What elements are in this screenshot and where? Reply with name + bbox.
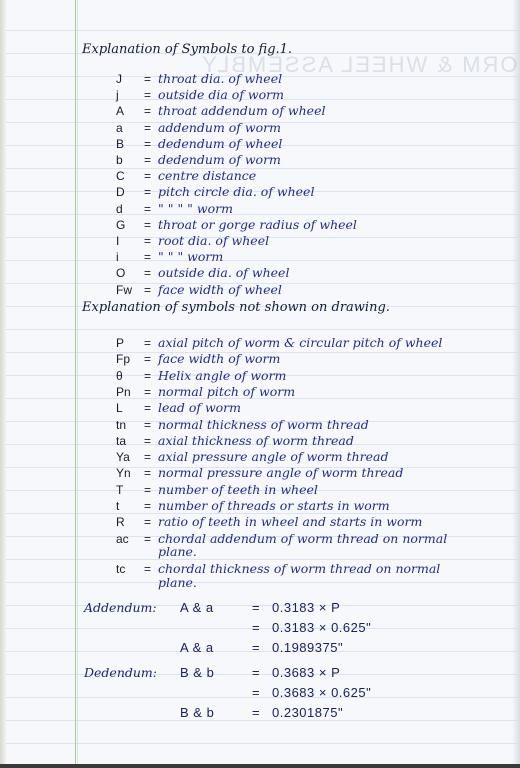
calc-equals: =	[252, 685, 260, 700]
calc-rhs: 0.3683 × P	[272, 665, 340, 680]
symbol-meaning-continuation: plane.	[158, 572, 197, 591]
calc-equals: =	[252, 705, 260, 720]
page-left-edge	[0, 0, 6, 768]
calc-equals: =	[252, 620, 260, 635]
calc-rhs: 0.3683 × 0.625"	[272, 685, 371, 700]
calc-equals: =	[252, 665, 260, 680]
dedendum-label: Dedendum:	[84, 665, 157, 680]
calc-equals: =	[252, 600, 260, 615]
calc-equals: =	[252, 640, 260, 655]
calc-lhs: B & b	[180, 665, 214, 680]
equals-sign: =	[144, 283, 158, 297]
margin-line-shadow	[77, 0, 78, 768]
symbol-meaning: chordal addendum of worm thread on norma…	[158, 531, 447, 546]
equals-sign: =	[144, 562, 158, 576]
calc-lhs: A & a	[180, 640, 214, 655]
equals-sign: =	[144, 532, 158, 546]
symbol-meaning: face width of wheel	[158, 282, 282, 297]
section2-heading: Explanation of symbols not shown on draw…	[82, 300, 390, 315]
page-bottom-edge	[0, 764, 520, 768]
calc-rhs: 0.3183 × 0.625"	[272, 620, 371, 635]
calc-rhs: 0.3183 × P	[272, 600, 340, 615]
calc-lhs: B & b	[180, 705, 214, 720]
calc-rhs: 0.1989375"	[272, 640, 343, 655]
symbol: ac	[116, 532, 144, 546]
calc-rhs: 0.2301875"	[272, 705, 343, 720]
calc-lhs: A & a	[180, 600, 214, 615]
symbol-row: Fw=face width of wheel	[116, 279, 282, 298]
continuation-text: plane.	[158, 544, 197, 559]
section1-heading: Explanation of Symbols to fig.1.	[82, 42, 292, 57]
symbol: Fw	[116, 283, 144, 297]
page-right-edge	[512, 0, 520, 768]
symbol-meaning: chordal thickness of worm thread on norm…	[158, 561, 440, 576]
addendum-label: Addendum:	[84, 600, 157, 615]
symbol-meaning-continuation: plane.	[158, 541, 197, 560]
symbol: tc	[116, 562, 144, 576]
margin-line	[75, 0, 76, 768]
continuation-text: plane.	[158, 575, 197, 590]
notebook-page: D2516 WORM & WHEEL ASSEMBLY Explanation …	[0, 0, 520, 768]
